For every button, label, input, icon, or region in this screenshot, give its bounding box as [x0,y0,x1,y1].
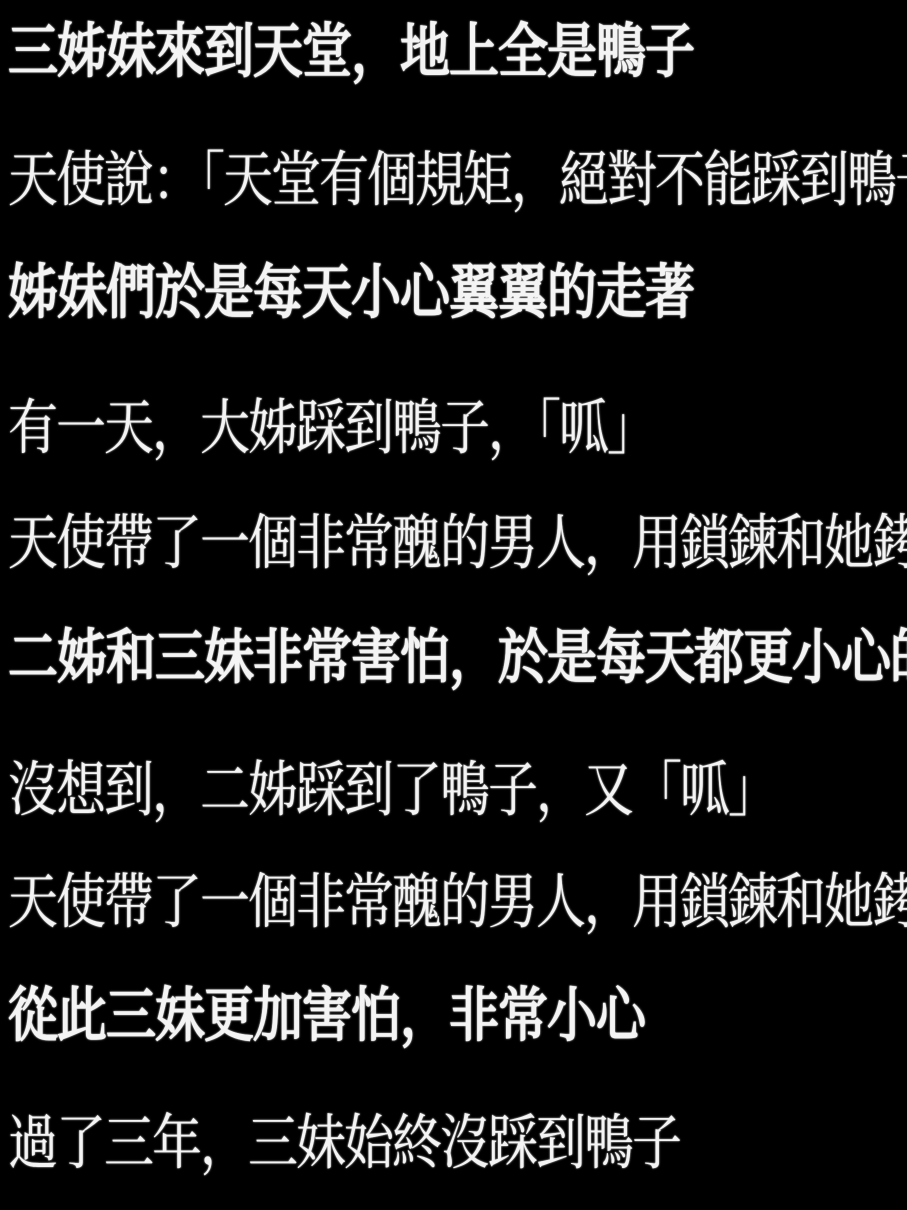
story-line-2: 天使說：「天堂有個規矩，絕對不能踩到鴨子」 [8,150,907,210]
story-line-3: 姊妹們於是每天小心翼翼的走著 [8,263,694,322]
story-line-4: 有一天，大姊踩到鴨子，「呱」 [8,398,655,458]
story-line-8: 天使帶了一個非常醜的男人，用鎖鍊和她銬在一起 [8,872,907,932]
story-line-1: 三姊妹來到天堂，地上全是鴨子 [8,22,694,81]
story-line-9: 從此三妹更加害怕，非常小心 [8,986,645,1045]
story-line-10: 過了三年，三妹始終沒踩到鴨子 [8,1113,680,1173]
story-line-7: 沒想到，二姊踩到了鴨子，又「呱」 [8,760,776,820]
story-line-6: 二姊和三妹非常害怕，於是每天都更小心的走 [8,628,907,687]
story-line-5: 天使帶了一個非常醜的男人，用鎖鍊和她銬在一起 [8,513,907,573]
